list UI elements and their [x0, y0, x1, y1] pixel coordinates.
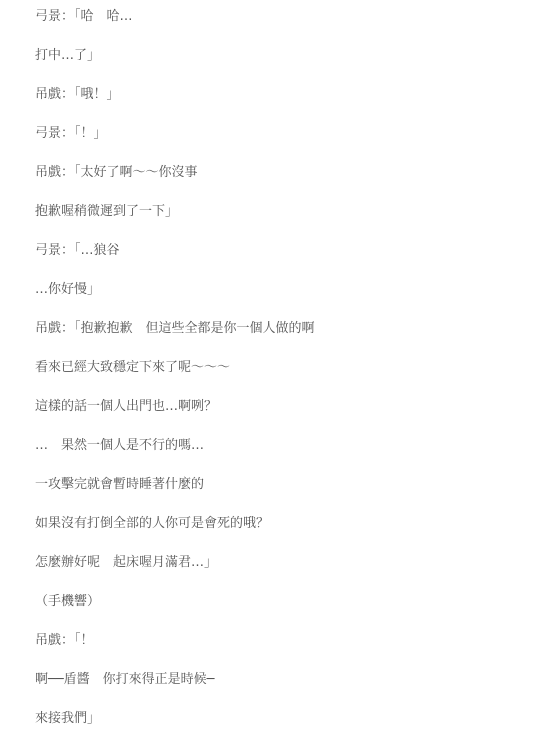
dialogue-line: 這樣的話一個人出門也…啊咧？ [35, 398, 535, 437]
dialogue-line: 弓景：「！」 [35, 125, 535, 164]
dialogue-line: 抱歉喔稍微遲到了一下」 [35, 203, 535, 242]
dialogue-line: 弓景：「哈 哈… [35, 8, 535, 47]
dialogue-line: 打中…了」 [35, 47, 535, 86]
dialogue-line: 看來已經大致穩定下來了呢〜〜〜 [35, 359, 535, 398]
dialogue-line: 吊戲：「太好了啊〜〜你沒事 [35, 164, 535, 203]
dialogue-line: 弓景：「…狼谷 [35, 242, 535, 281]
dialogue-line: 啊──盾醬 你打來得正是時候─ [35, 671, 535, 710]
dialogue-line: 吊戲：「抱歉抱歉 但這些全都是你一個人做的啊 [35, 320, 535, 359]
dialogue-line: … 果然一個人是不行的嗎… [35, 437, 535, 476]
dialogue-line: 來接我們」 [35, 710, 535, 743]
dialogue-text-body: 弓景：「哈 哈… 打中…了」 吊戲：「哦！」 弓景：「！」 吊戲：「太好了啊〜〜… [35, 8, 535, 743]
dialogue-line: …你好慢」 [35, 281, 535, 320]
dialogue-line: （手機響） [35, 593, 535, 632]
dialogue-line: 吊戲：「哦！」 [35, 86, 535, 125]
dialogue-line: 一攻擊完就會暫時睡著什麼的 [35, 476, 535, 515]
dialogue-line: 怎麼辦好呢 起床喔月滿君…」 [35, 554, 535, 593]
dialogue-line: 吊戲：「！ [35, 632, 535, 671]
dialogue-line: 如果沒有打倒全部的人你可是會死的哦？ [35, 515, 535, 554]
